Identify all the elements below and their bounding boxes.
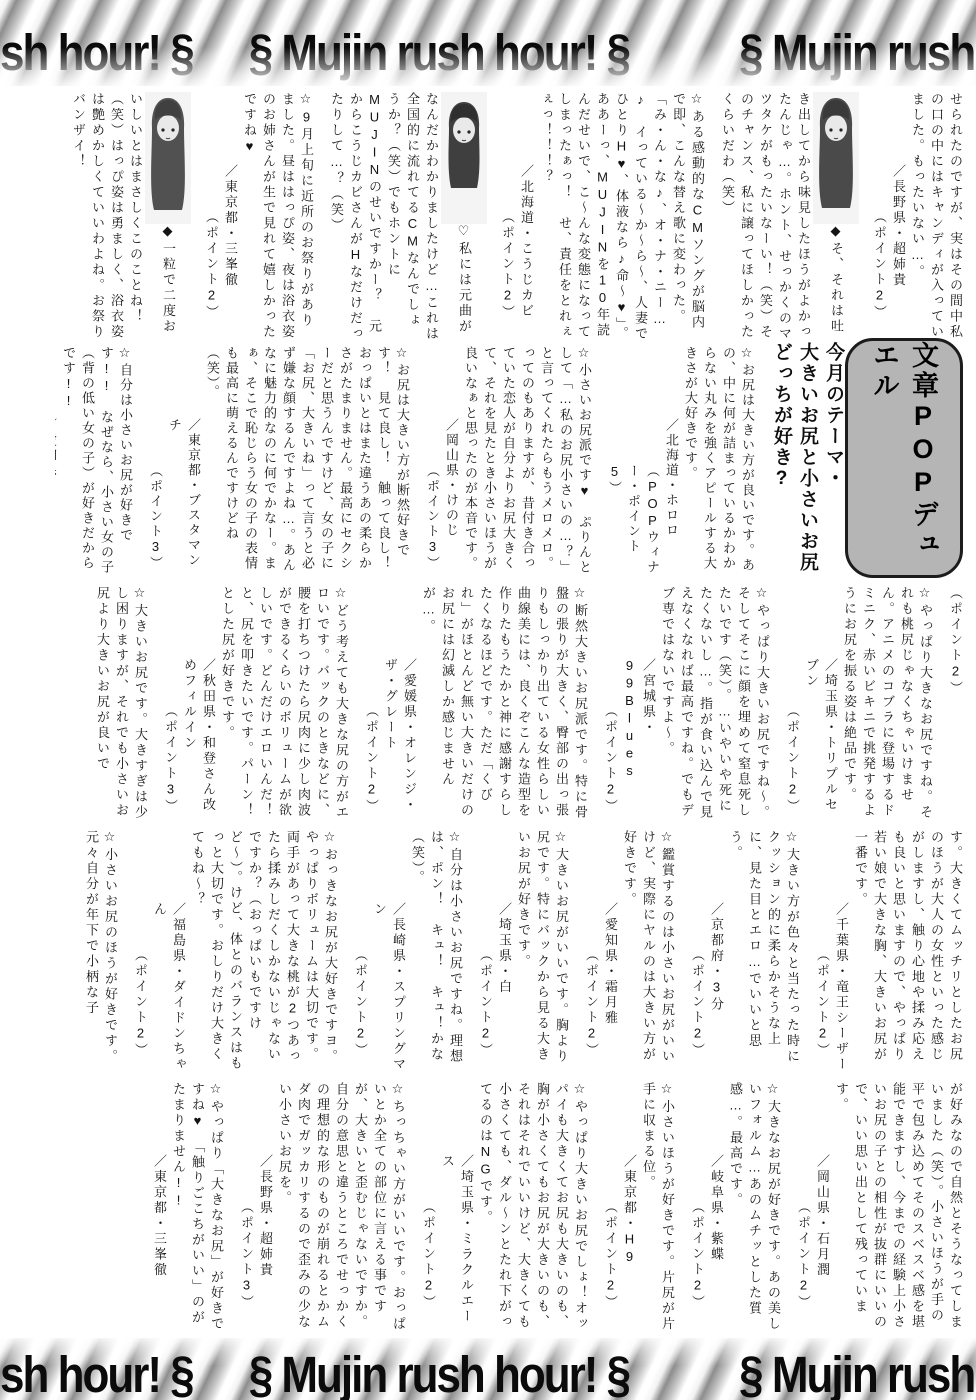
letter-entry: ☆小さいお尻のほうが好きです。元々自分が年下で小柄な子 [82, 830, 120, 1076]
reply-entry: ◆一粒で二度おいしいとはまさしくこのことね！（笑）はっぴ姿は勇ましく、浴衣姿は艶… [69, 92, 191, 342]
letter-text: ☆大きいお尻です。大きすぎは少し困りますが、それでも小さいお尻より大きいお尻が良… [95, 586, 148, 821]
letter-entry: ☆お尻は大きい方が良いです。あの、中に何が詰まっているかわからない丸みを強くアピ… [605, 346, 757, 578]
letter-text: ☆自分は小さいお尻ですね。理想は、ポン！ キュ！ キュ！かな（笑）。 [410, 830, 463, 1065]
letter-text: ☆断然大きいお尻派です。特に骨盤の張りが大きく、臀部の出っ張りもしっかり出ている… [421, 586, 588, 821]
theme-label: 今月のテーマ・ [820, 342, 846, 580]
letter-author: ／埼玉県・ミラクルエース [438, 1082, 476, 1334]
letter-points: （ポイント2） [419, 1082, 438, 1334]
letter-entry: ☆お尻は大きい方が断然好きです！ 見て良し！ 触って良し！ おっぱいとはまた違う… [146, 346, 412, 578]
letter-points: （ポイント3） [423, 346, 442, 578]
letter-text: ☆小さいお尻のほうが好きです。元々自分が年下で小柄な子 [84, 830, 118, 1065]
letter-text: す。大きくてムッチリとしたお尻のほうが大人の女性といった感じがしますし、触り心地… [853, 830, 963, 1063]
top-banner: sh hour! § § Mujin rush hour! § § Mujin … [0, 0, 976, 86]
letter-entry: ☆小さいお尻派です♥ ぷりんとして「…私のお尻小さいの…？」と言ってくれたらもう… [423, 346, 594, 578]
letter-entry: ☆やっぱり「大きなお尻」が好きですね♥ 「触りごこちがいい」のがたまりません!!… [150, 1082, 226, 1334]
letter-entry: ☆9月上旬に近所のお祭りがありました。昼ははっぴ姿、夜は浴衣姿のお姉さんが生で見… [202, 92, 316, 342]
letter-entry: ☆大きなお尻が好きです。あの美しいフォルム…あのムチッとした質感…。最高です。 … [688, 1082, 783, 1334]
letter-text: ☆お尻は大きい方が良いです。あの、中に何が詰まっているかわからない丸みを強くアピ… [683, 346, 755, 573]
theme-question: 大きいお尻と小さいお尻どっちが好き? [768, 342, 820, 580]
letter-author: ／愛知県・HIDE [55, 346, 59, 578]
letter-entry: ☆やっぱり大きなお尻ですね。それも桃尻じゃなくちゃいけません。アニメのコブラに登… [783, 586, 935, 824]
letter-author: ／福島県・ダイドンちゃん [150, 830, 188, 1076]
top-banner-text: sh hour! § § Mujin rush hour! § § Mujin … [0, 0, 976, 83]
section-title-box: 文章POPデュエル [845, 338, 963, 578]
letter-author: ／東京都・三峯徹 [150, 1082, 169, 1334]
letter-entry: ☆自分は小さいお尻が好きです!! なぜなら、小さい女の子（背の低い女の子）が好き… [55, 346, 135, 578]
section-title: 文章POPデュエル [865, 341, 943, 575]
letter-entry: ☆ちっちゃい方がいいです。おっぱいとか全ての部位に言える事ですが、大きいと歪むじ… [237, 1082, 408, 1334]
letter-text: ☆自分は小さいお尻が好きです!! なぜなら、小さい女の子（背の低い女の子）が好き… [61, 346, 133, 575]
letter-entry: せられたのですが、実はその間中私の口の中にはキャンディが入っていました。もったい… [870, 92, 965, 342]
letter-points: （ポイント2） [202, 92, 221, 342]
letter-author: ／愛知県・霜月雅 [601, 830, 620, 1076]
letter-text: ☆ある感動的なCMソングが脳内で即、こんな替え歌に変わった。「み・ん・な♪、オ・… [538, 92, 705, 342]
letter-author: ／岡山県・けのじ [442, 346, 461, 578]
letters-band-4: す。大きくてムッチリとしたお尻のほうが大人の女性といった感じがしますし、触り心地… [55, 830, 967, 1076]
bottom-banner: sh hour! § § Mujin rush hour! § § Mujin … [0, 1338, 976, 1400]
letter-author: ／埼玉県・トリプルセブン [802, 586, 840, 824]
letter-text: ☆やっぱり大きいお尻ですね〜。そしてそこに顔を埋めて窒息死したいです（笑）。…い… [660, 586, 770, 821]
letter-points: （ポイント2） [688, 1082, 707, 1334]
avatar-girl-icon [441, 92, 487, 224]
letter-points: （ポイント2） [601, 1082, 620, 1334]
letter-points: （ポイント2） [948, 586, 963, 697]
banner-segment: § Mujin rush hour! § [249, 25, 629, 82]
letter-author: ／秋田県・和登さん改めフィルイン [180, 586, 218, 824]
letter-author: ／東京都・H9 [620, 1082, 639, 1334]
letter-author: ／宮城県・99Blues [620, 586, 658, 824]
letter-author: ／長崎県・スプリングマン [370, 830, 408, 1076]
letter-points: （ポイント2） [794, 1082, 813, 1334]
letter-points: （ポイント2） [498, 92, 517, 342]
letter-text: ☆小さいほうが好きです。片尻が片手に収まる位。 [641, 1082, 675, 1332]
letter-text: ☆小さいお尻派です♥ ぷりんとして「…私のお尻小さいの…？」と言ってくれたらもう… [463, 346, 592, 575]
letter-continuation: （ポイント2） [946, 586, 965, 824]
letter-author: ／岡山県・石月潤 [813, 1082, 832, 1334]
letter-author: ／長野県・超姉貴 [889, 92, 908, 342]
banner-segment: sh hour! § [0, 1347, 193, 1400]
letter-text: ☆ちっちゃい方がいいです。おっぱいとか全ての部位に言える事ですが、大きいと歪むじ… [277, 1082, 406, 1332]
letter-author: ／東京都・ブスタマンチ [165, 346, 203, 578]
letter-points: （ポイント2） [351, 830, 370, 1076]
letter-text: ☆大きなお尻が好きです。あの美しいフォルム…あのムチッとした質感…。最高です。 [728, 1082, 781, 1332]
banner-segment: § Mujin rush h [739, 25, 976, 82]
reply-entry: ♡私には元曲がなんだかわかりましたけど…これは全国的に流れてるCMなんでしょうか… [327, 92, 487, 342]
letter-text: ☆大きいお尻がいいです。胸より尻です。特にバックから見る大きいお尻が好きです。 [516, 830, 569, 1065]
magazine-page: sh hour! § § Mujin rush hour! § § Mujin … [0, 0, 976, 1400]
letter-entry: ☆ある感動的なCMソングが脳内で即、こんな替え歌に変わった。「み・ん・な♪、オ・… [498, 92, 707, 342]
letter-text: ☆やっぱり大きなお尻ですね。それも桃尻じゃなくちゃいけません。アニメのコブラに登… [842, 586, 933, 821]
letter-author: ／北海道・こうじカビ [517, 92, 536, 342]
reply-entry: ◆そ、それは吐き出してから味見したほうがよかったんじゃ…。ホント、せっかくのマツ… [718, 92, 859, 342]
letter-author: ／北海道・ホロロ [662, 346, 681, 578]
letter-points: （POPウィナー・ポイント5） [605, 346, 662, 578]
letter-author: ／岐阜県・紫蝶 [707, 1082, 726, 1334]
letter-continuation: が好みなので自然とそうなってしまいました（笑）。小さいほうが手の平で包み込めてそ… [794, 1082, 965, 1334]
letter-entry: ☆小さいほうが好きです。片尻が片手に収まる位。 ／東京都・H9 （ポイント2） [601, 1082, 677, 1334]
letter-entry: ☆やっぱり大きいお尻でしょ！オッパイも大きくてお尻も大きいのも、胸が小さくてもお… [419, 1082, 590, 1334]
letter-author: ／長野県・超姉貴 [256, 1082, 275, 1334]
letter-author: ／京都府・3分 [707, 830, 726, 1076]
letters-band-3: （ポイント2） ☆やっぱり大きなお尻ですね。それも桃尻じゃなくちゃいけません。ア… [55, 586, 967, 824]
letter-entry: ☆やっぱり大きいお尻ですね〜。そしてそこに顔を埋めて窒息死したいです（笑）。…い… [601, 586, 772, 824]
letter-entry: ☆おっきなお尻が大好きですヨ。やっぱりボリュームは大切です。両手があって大きな桃… [131, 830, 340, 1076]
letter-author: ／愛媛県・オレンジ・ザ・グレート [381, 586, 419, 824]
letters-band-5: が好みなので自然とそうなってしまいました（笑）。小さいほうが手の平で包み込めてそ… [55, 1082, 967, 1334]
letters-band-1: せられたのですが、実はその間中私の口の中にはキャンディが入っていました。もったい… [55, 92, 967, 342]
letter-points: （ポイント3） [237, 1082, 256, 1334]
letter-author: ／埼玉県・白 [495, 830, 514, 1076]
letter-text: が好みなので自然とそうなってしまいました（笑）。小さいほうが手の平で包み込めてそ… [834, 1082, 963, 1330]
letter-points: （ポイント2） [601, 586, 620, 824]
letter-points: （ポイント2） [870, 92, 889, 342]
letters-band-2: ☆お尻は大きい方が良いです。あの、中に何が詰まっているかわからない丸みを強くアピ… [55, 346, 759, 578]
letter-author: ／東京都・三峯徹 [221, 92, 240, 342]
letter-points: （ポイント2） [688, 830, 707, 1076]
letter-continuation: す。大きくてムッチリとしたお尻のほうが大人の女性といった感じがしますし、触り心地… [813, 830, 965, 1076]
banner-segment: § Mujin rush l [739, 1347, 976, 1400]
letter-points: （ポイント2） [582, 830, 601, 1076]
letter-text: ☆おっきなお尻が大好きですヨ。やっぱりボリュームは大切です。両手があって大きな桃… [190, 830, 338, 1072]
letter-points: （ポイント2） [476, 830, 495, 1076]
letter-text: ☆大きい方が色々と当たった時にクッション的に柔らかそうな上に、見た目とエロ…でい… [728, 830, 800, 1065]
avatar-girl-icon [145, 92, 191, 224]
letter-entry: ☆大きいお尻がいいです。胸より尻です。特にバックから見る大きいお尻が好きです。 … [476, 830, 571, 1076]
letter-text: ☆9月上旬に近所のお祭りがありました。昼ははっぴ姿、夜は浴衣姿のお姉さんが生で見… [242, 92, 314, 340]
letter-text: ☆お尻は大きい方が断然好きです！ 見て良し！ 触って良し！ おっぱいとはまた違う… [205, 346, 410, 578]
bottom-banner-text: sh hour! § § Mujin rush hour! § § Mujin … [0, 1338, 976, 1400]
letter-entry: ☆鑑賞するのは小さいお尻がいいけど、実際にヤルのは大きい方が好きです。 ／愛知県… [582, 830, 677, 1076]
letter-points: （ポイント2） [783, 586, 802, 824]
letter-entry: ☆大きいお尻です。大きすぎは少し困りますが、それでも小さいお尻より大きいお尻が良… [93, 586, 150, 824]
letter-text: せられたのですが、実はその間中私の口の中にはキャンディが入っていました。もったい… [910, 92, 963, 340]
letter-points: （ポイント2） [362, 586, 381, 824]
letter-text: ☆やっぱり「大きなお尻」が好きですね♥ 「触りごこちがいい」のがたまりません!! [171, 1082, 224, 1332]
letter-entry: ☆自分は小さいお尻ですね。理想は、ポン！ キュ！ キュ！かな（笑）。 ／長崎県・… [351, 830, 465, 1076]
letter-entry: ☆断然大きいお尻派です。特に骨盤の張りが大きく、臀部の出っ張りもしっかり出ている… [362, 586, 590, 824]
letter-points: （ポイント3） [161, 586, 180, 824]
letter-text: ☆鑑賞するのは小さいお尻がいいけど、実際にヤルのは大きい方が好きです。 [622, 830, 675, 1065]
monthly-theme: 今月のテーマ・ 大きいお尻と小さいお尻どっちが好き? [762, 342, 846, 580]
letter-text: ☆どう考えても大きな尻の方がエロいです。バックのときなどに、腰を打ちつけたら尻肉… [220, 586, 349, 821]
letter-author: ／千葉県・竜王シーザー [832, 830, 851, 1076]
letter-points: （ポイント2） [131, 830, 150, 1076]
banner-segment: § Mujin rush hour! § [249, 1347, 629, 1400]
letter-entry: ☆どう考えても大きな尻の方がエロいです。バックのときなどに、腰を打ちつけたら尻肉… [161, 586, 351, 824]
letter-text: ☆やっぱり大きいお尻でしょ！オッパイも大きくてお尻も大きいのも、胸が小さくてもお… [478, 1082, 588, 1332]
letter-points: （ポイント3） [146, 346, 165, 578]
avatar-girl-icon [813, 92, 859, 224]
letter-entry: ☆大きい方が色々と当たった時にクッション的に柔らかそうな上に、見た目とエロ…でい… [688, 830, 802, 1076]
letter-points: （ポイント2） [813, 830, 832, 1076]
banner-segment: sh hour! § [0, 25, 193, 82]
